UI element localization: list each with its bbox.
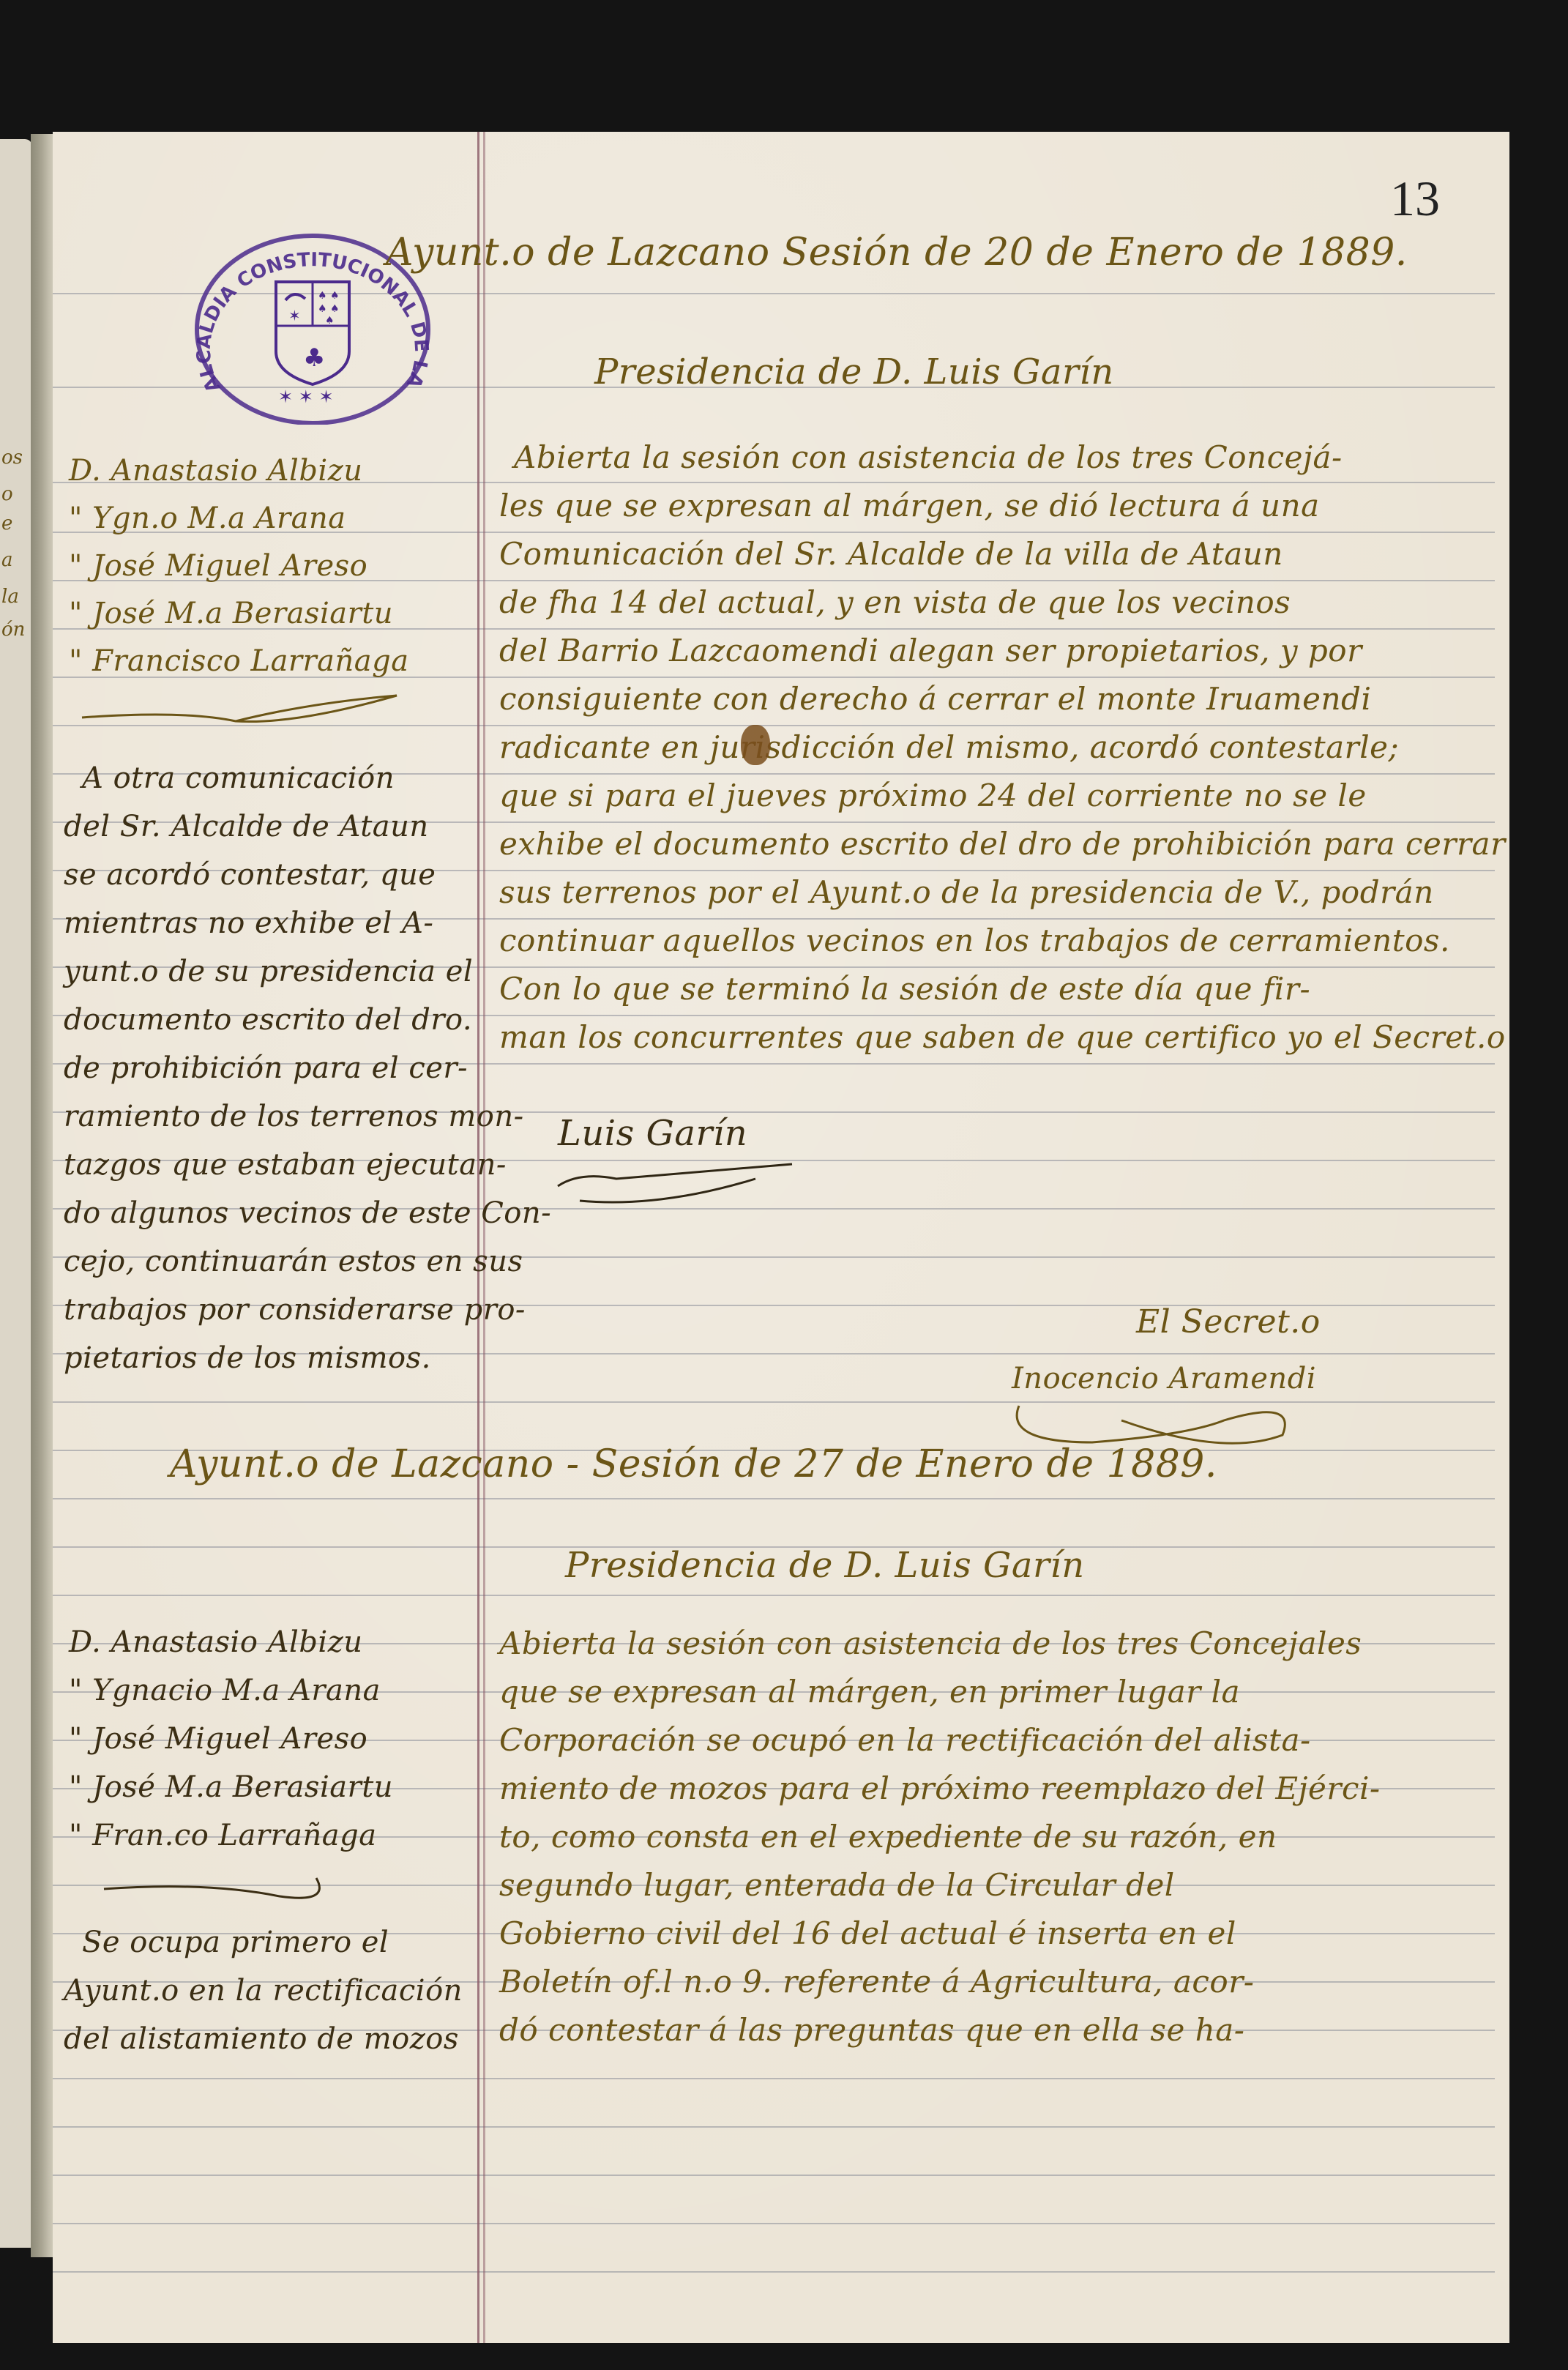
margin-note-line: documento escrito del dro.	[64, 1003, 472, 1037]
svg-text:♠ ♠: ♠ ♠	[318, 290, 340, 302]
body-line: radicante en jurisdicción del mismo, aco…	[499, 729, 1399, 765]
secretary-title: El Secret.o	[1136, 1303, 1321, 1341]
manuscript-page: 13 ALCALDIA CONSTITUCIONAL DE LAZCANO ✶ …	[53, 132, 1509, 2343]
svg-text:✶: ✶	[288, 307, 301, 324]
body-line: del Barrio Lazcaomendi alegan ser propie…	[499, 633, 1362, 668]
attendee: " Francisco Larrañaga	[69, 644, 409, 678]
ink-stain	[741, 725, 770, 765]
attendee: " José Miguel Areso	[69, 1722, 367, 1756]
body-line: exhibe el documento escrito del dro de p…	[499, 826, 1506, 862]
left-page-fragment: os	[1, 447, 23, 469]
svg-text:♣: ♣	[303, 343, 325, 373]
margin-note-line: Se ocupa primero el	[82, 1926, 389, 1959]
body-line: Boletín of.l n.o 9. referente á Agricult…	[499, 1964, 1254, 2000]
attendee: D. Anastasio Albizu	[69, 454, 363, 488]
margin-note-line: do algunos vecinos de este Con-	[64, 1196, 551, 1230]
body-line: que si para el jueves próximo 24 del cor…	[499, 778, 1367, 813]
signature-flourish-icon	[550, 1157, 814, 1215]
session2-heading: Ayunt.o de Lazcano - Sesión de 27 de Ene…	[170, 1442, 1217, 1486]
margin-rule-inner	[483, 132, 485, 2343]
margin-note-line: cejo, continuarán estos en sus	[64, 1245, 523, 1278]
svg-text:♠: ♠	[325, 315, 335, 327]
margin-note-line: Ayunt.o en la rectificación	[64, 1974, 463, 2008]
margin-note-line: A otra comunicación	[82, 761, 395, 795]
attendee: D. Anastasio Albizu	[69, 1625, 363, 1659]
left-page-fragment: a	[1, 549, 13, 571]
margin-note-line: trabajos por considerarse pro-	[64, 1293, 526, 1327]
left-page-fragment: ón	[1, 619, 25, 641]
attendee: " Ygnacio M.a Arana	[69, 1674, 381, 1707]
margin-note-line: del alistamiento de mozos	[64, 2022, 459, 2056]
body-line: Abierta la sesión con asistencia de los …	[514, 439, 1343, 475]
margin-note-line: pietarios de los mismos.	[64, 1341, 431, 1375]
margin-note-line: ramiento de los terrenos mon-	[64, 1100, 524, 1133]
body-line: sus terrenos por el Ayunt.o de la presid…	[499, 874, 1434, 910]
svg-text:✶ ✶ ✶: ✶ ✶ ✶	[278, 387, 334, 407]
attendee: " José M.a Berasiartu	[69, 597, 393, 630]
body-line: consiguiente con derecho á cerrar el mon…	[499, 681, 1371, 717]
body-line: man los concurrentes que saben de que ce…	[499, 1019, 1506, 1055]
body-line: Gobierno civil del 16 del actual é inser…	[499, 1915, 1236, 1951]
left-page-fragment: o	[1, 483, 13, 505]
margin-note-line: tazgos que estaban ejecutan-	[64, 1148, 507, 1182]
left-page-edge: os o e a la ón	[0, 139, 32, 2248]
page-number: 13	[1390, 170, 1440, 228]
attendee-list-flourish-icon	[97, 1874, 360, 1918]
body-line: Con lo que se terminó la sesión de este …	[499, 971, 1310, 1007]
attendee: " Fran.co Larrañaga	[69, 1819, 377, 1852]
margin-note-line: mientras no exhibe el A-	[64, 906, 433, 940]
body-line: de fha 14 del actual, y en vista de que …	[499, 584, 1291, 620]
session1-heading: Ayunt.o de Lazcano Sesión de 20 de Enero…	[386, 231, 1408, 275]
margin-note-line: del Sr. Alcalde de Ataun	[64, 810, 429, 843]
left-page-fragment: la	[1, 586, 19, 608]
body-line: to, como consta en el expediente de su r…	[499, 1819, 1277, 1855]
svg-text:♠ ♠: ♠ ♠	[318, 303, 340, 315]
session1-presidency: Presidencia de D. Luis Garín	[594, 351, 1114, 392]
session2-presidency: Presidencia de D. Luis Garín	[565, 1545, 1085, 1586]
president-signature: Luis Garín	[558, 1113, 747, 1154]
body-line: Comunicación del Sr. Alcalde de la villa…	[499, 536, 1283, 572]
margin-note-line: se acordó contestar, que	[64, 858, 436, 892]
left-page-fragment: e	[1, 513, 12, 534]
body-line: Corporación se ocupó en la rectificación…	[499, 1722, 1311, 1758]
body-line: miento de mozos para el próximo reemplaz…	[499, 1770, 1381, 1806]
body-line: dó contestar á las preguntas que en ella…	[499, 2012, 1244, 2048]
margin-rule	[477, 132, 479, 2343]
body-line: les que se expresan al márgen, se dió le…	[499, 488, 1320, 523]
body-line: Abierta la sesión con asistencia de los …	[499, 1625, 1362, 1661]
attendee: " José M.a Berasiartu	[69, 1770, 393, 1804]
margin-note-line: yunt.o de su presidencia el	[64, 955, 473, 988]
attendee: " Ygn.o M.a Arana	[69, 502, 346, 535]
body-line: continuar aquellos vecinos en los trabaj…	[499, 923, 1450, 958]
margin-note-line: de prohibición para el cer-	[64, 1051, 468, 1085]
body-line: segundo lugar, enterada de la Circular d…	[499, 1867, 1175, 1903]
attendee: " José Miguel Areso	[69, 549, 367, 583]
attendee-list-flourish-icon	[75, 688, 455, 732]
body-line: que se expresan al márgen, en primer lug…	[499, 1674, 1240, 1710]
